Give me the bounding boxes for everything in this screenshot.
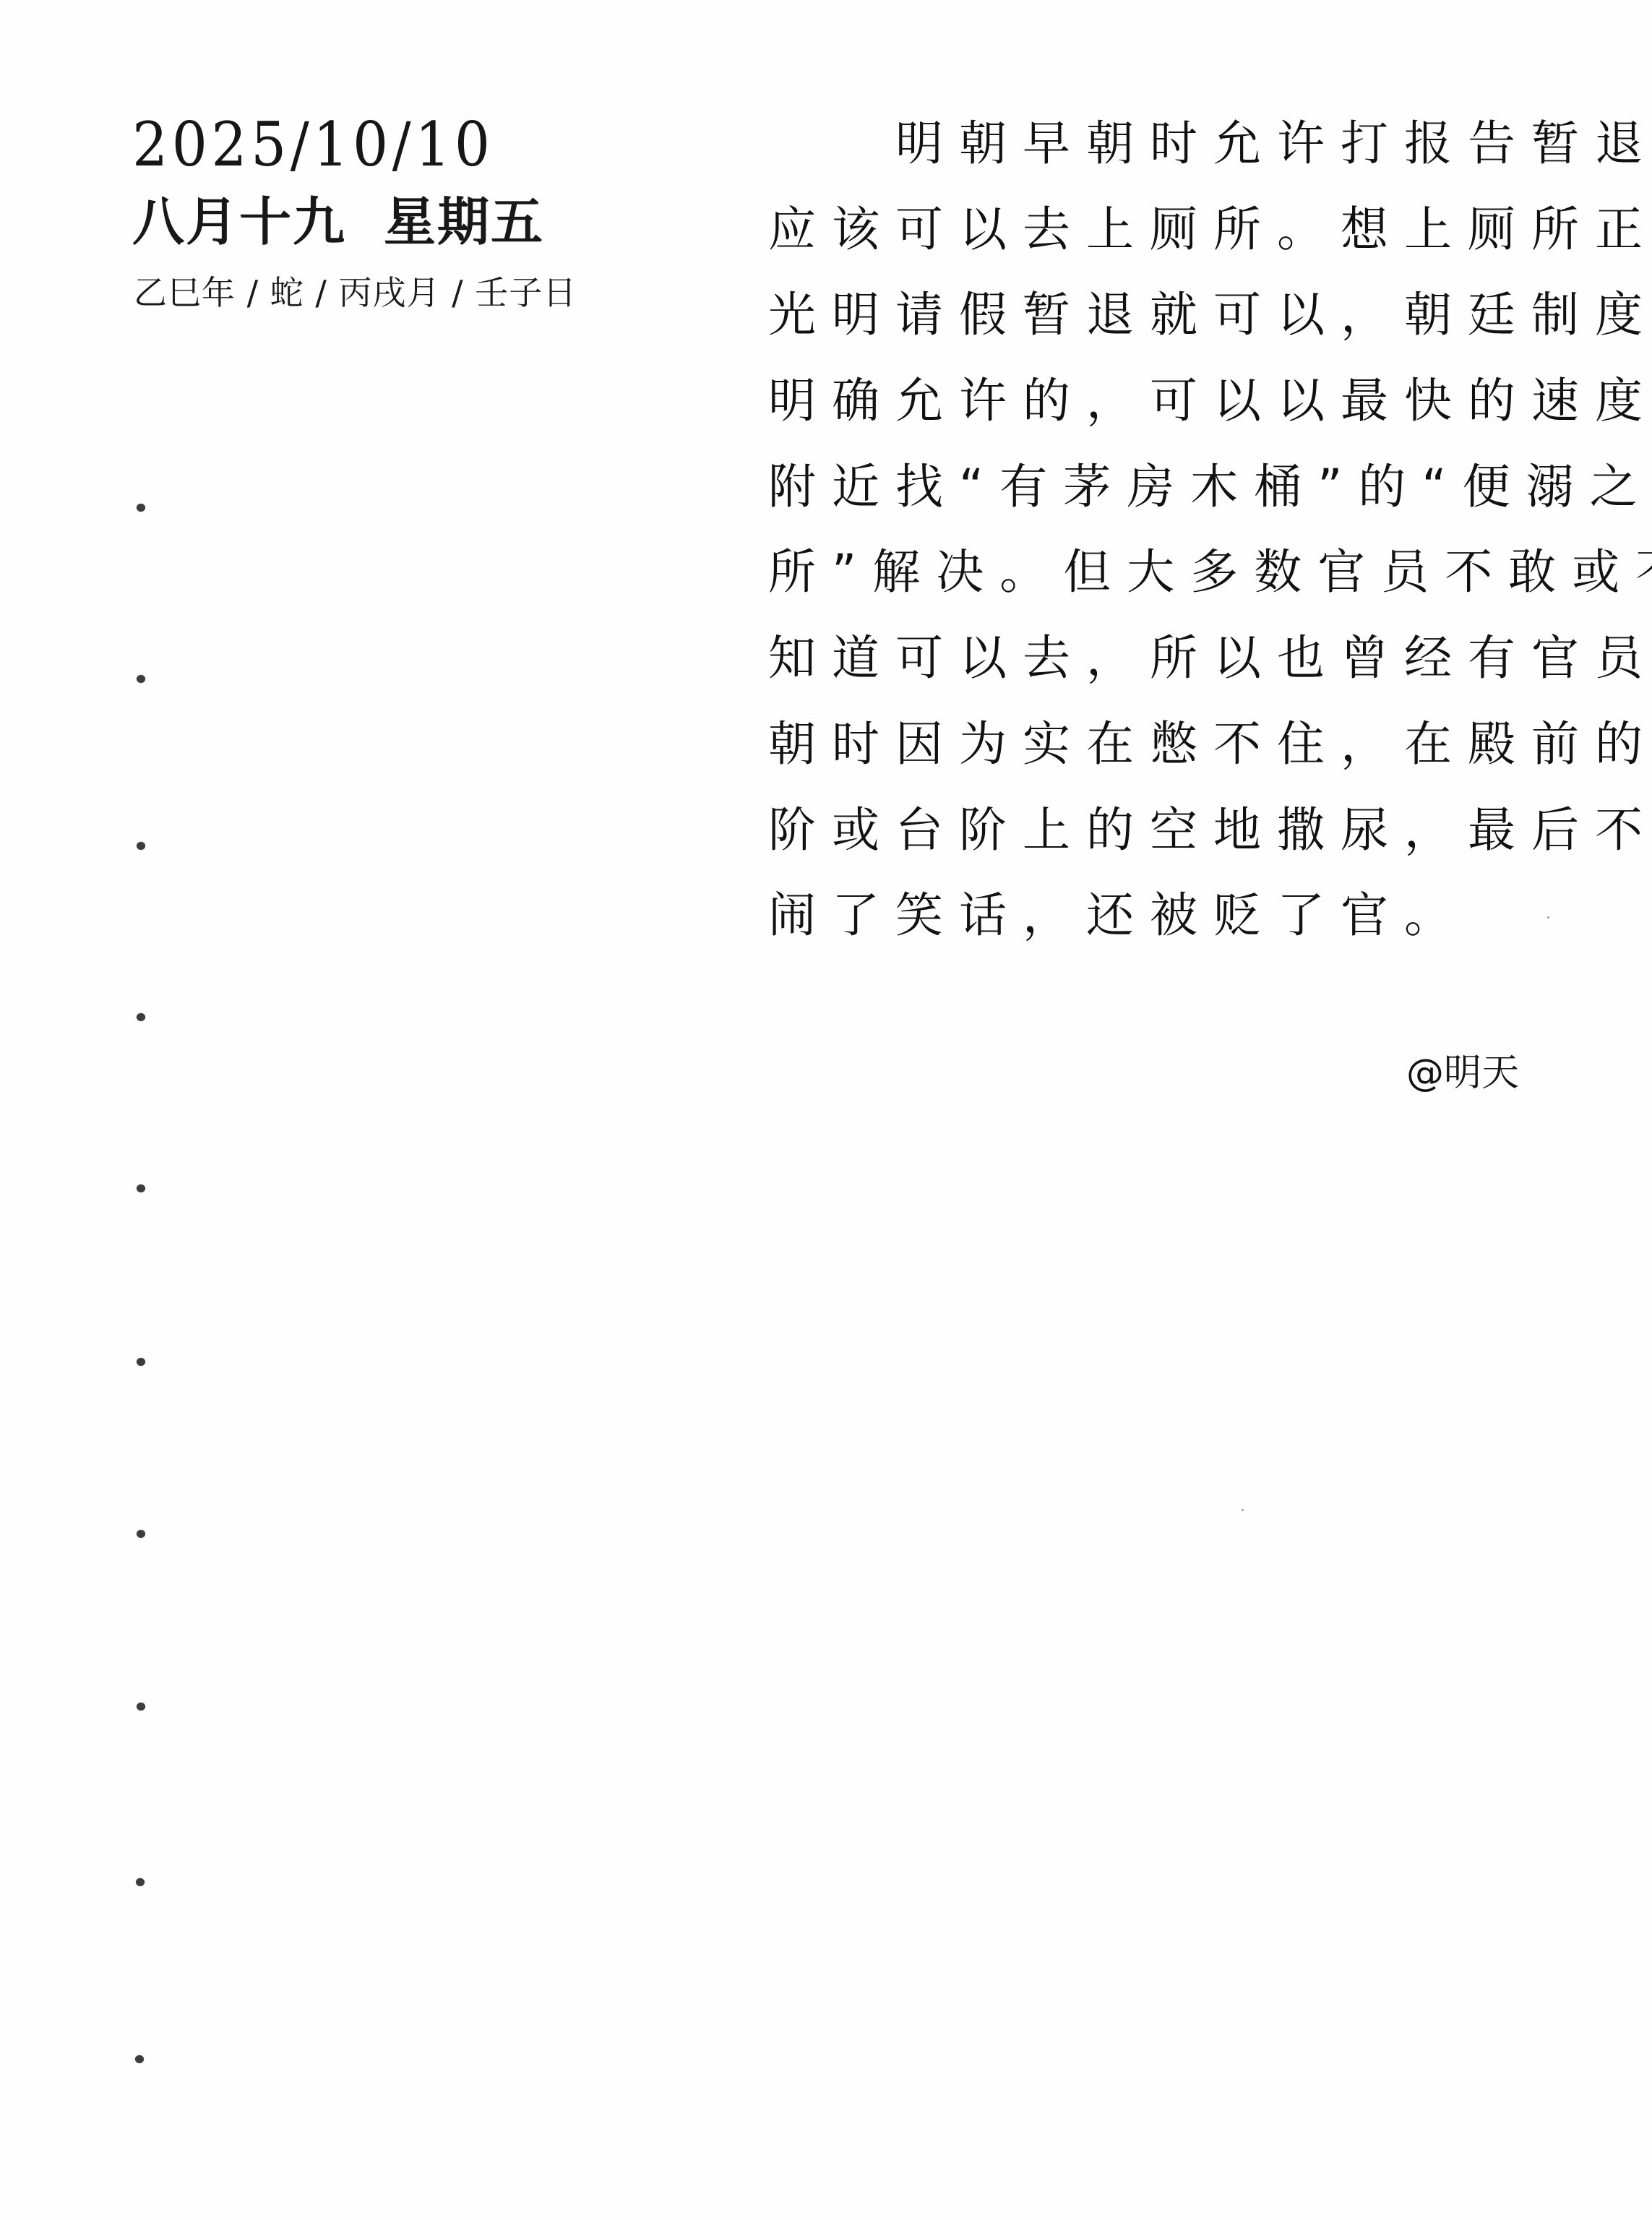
body-line: 明确允许的，可以以最快的速度去 xyxy=(768,358,1531,444)
lunar-date: 八月十九 xyxy=(132,192,346,252)
margin-dot-icon xyxy=(137,504,145,512)
scan-speck xyxy=(1242,1509,1244,1511)
margin-dot-icon xyxy=(137,675,145,683)
scan-speck xyxy=(1547,916,1549,918)
author-signature: @明天 xyxy=(1406,1048,1519,1098)
margin-dot-icon xyxy=(137,1184,145,1192)
body-line: 所”解决。但大多数官员不敢或不 xyxy=(768,530,1531,616)
body-line: 应该可以去上厕所。想上厕所正大 xyxy=(768,187,1531,273)
margin-dot-icon xyxy=(137,842,145,850)
weekday: 星期五 xyxy=(384,192,544,252)
body-line: 附近找“有茅房木桶”的“便溺之 xyxy=(768,444,1531,530)
lunar-date-line: 八月十九星期五 xyxy=(132,189,544,254)
margin-dot-icon xyxy=(137,1530,145,1538)
margin-dot-icon xyxy=(137,1013,145,1021)
body-line: 朝时因为实在憋不住，在殿前的台 xyxy=(768,702,1531,788)
margin-dot-icon xyxy=(135,2055,144,2063)
body-line: 阶或台阶上的空地撒尿，最后不仅 xyxy=(768,788,1531,874)
body-line: 知道可以去，所以也曾经有官员早 xyxy=(768,616,1531,702)
body-paragraph: 明朝早朝时允许打报告暂退， 应该可以去上厕所。想上厕所正大 光明请假暂退就可以，… xyxy=(768,101,1531,959)
note-page: 2025/10/10 八月十九星期五 乙巳年 / 蛇 / 丙戌月 / 壬子日 明… xyxy=(0,0,1652,2220)
body-line: 光明请假暂退就可以，朝廷制度是 xyxy=(768,272,1531,358)
margin-dot-icon xyxy=(137,1703,145,1711)
margin-dot-icon xyxy=(137,1358,145,1366)
ganzhi-calendar: 乙巳年 / 蛇 / 丙戌月 / 壬子日 xyxy=(134,269,577,317)
margin-dot-icon xyxy=(136,1878,145,1886)
body-line: 闹了笑话，还被贬了官。 xyxy=(768,873,1531,959)
gregorian-date: 2025/10/10 xyxy=(132,108,494,181)
body-line: 明朝早朝时允许打报告暂退， xyxy=(768,101,1531,187)
